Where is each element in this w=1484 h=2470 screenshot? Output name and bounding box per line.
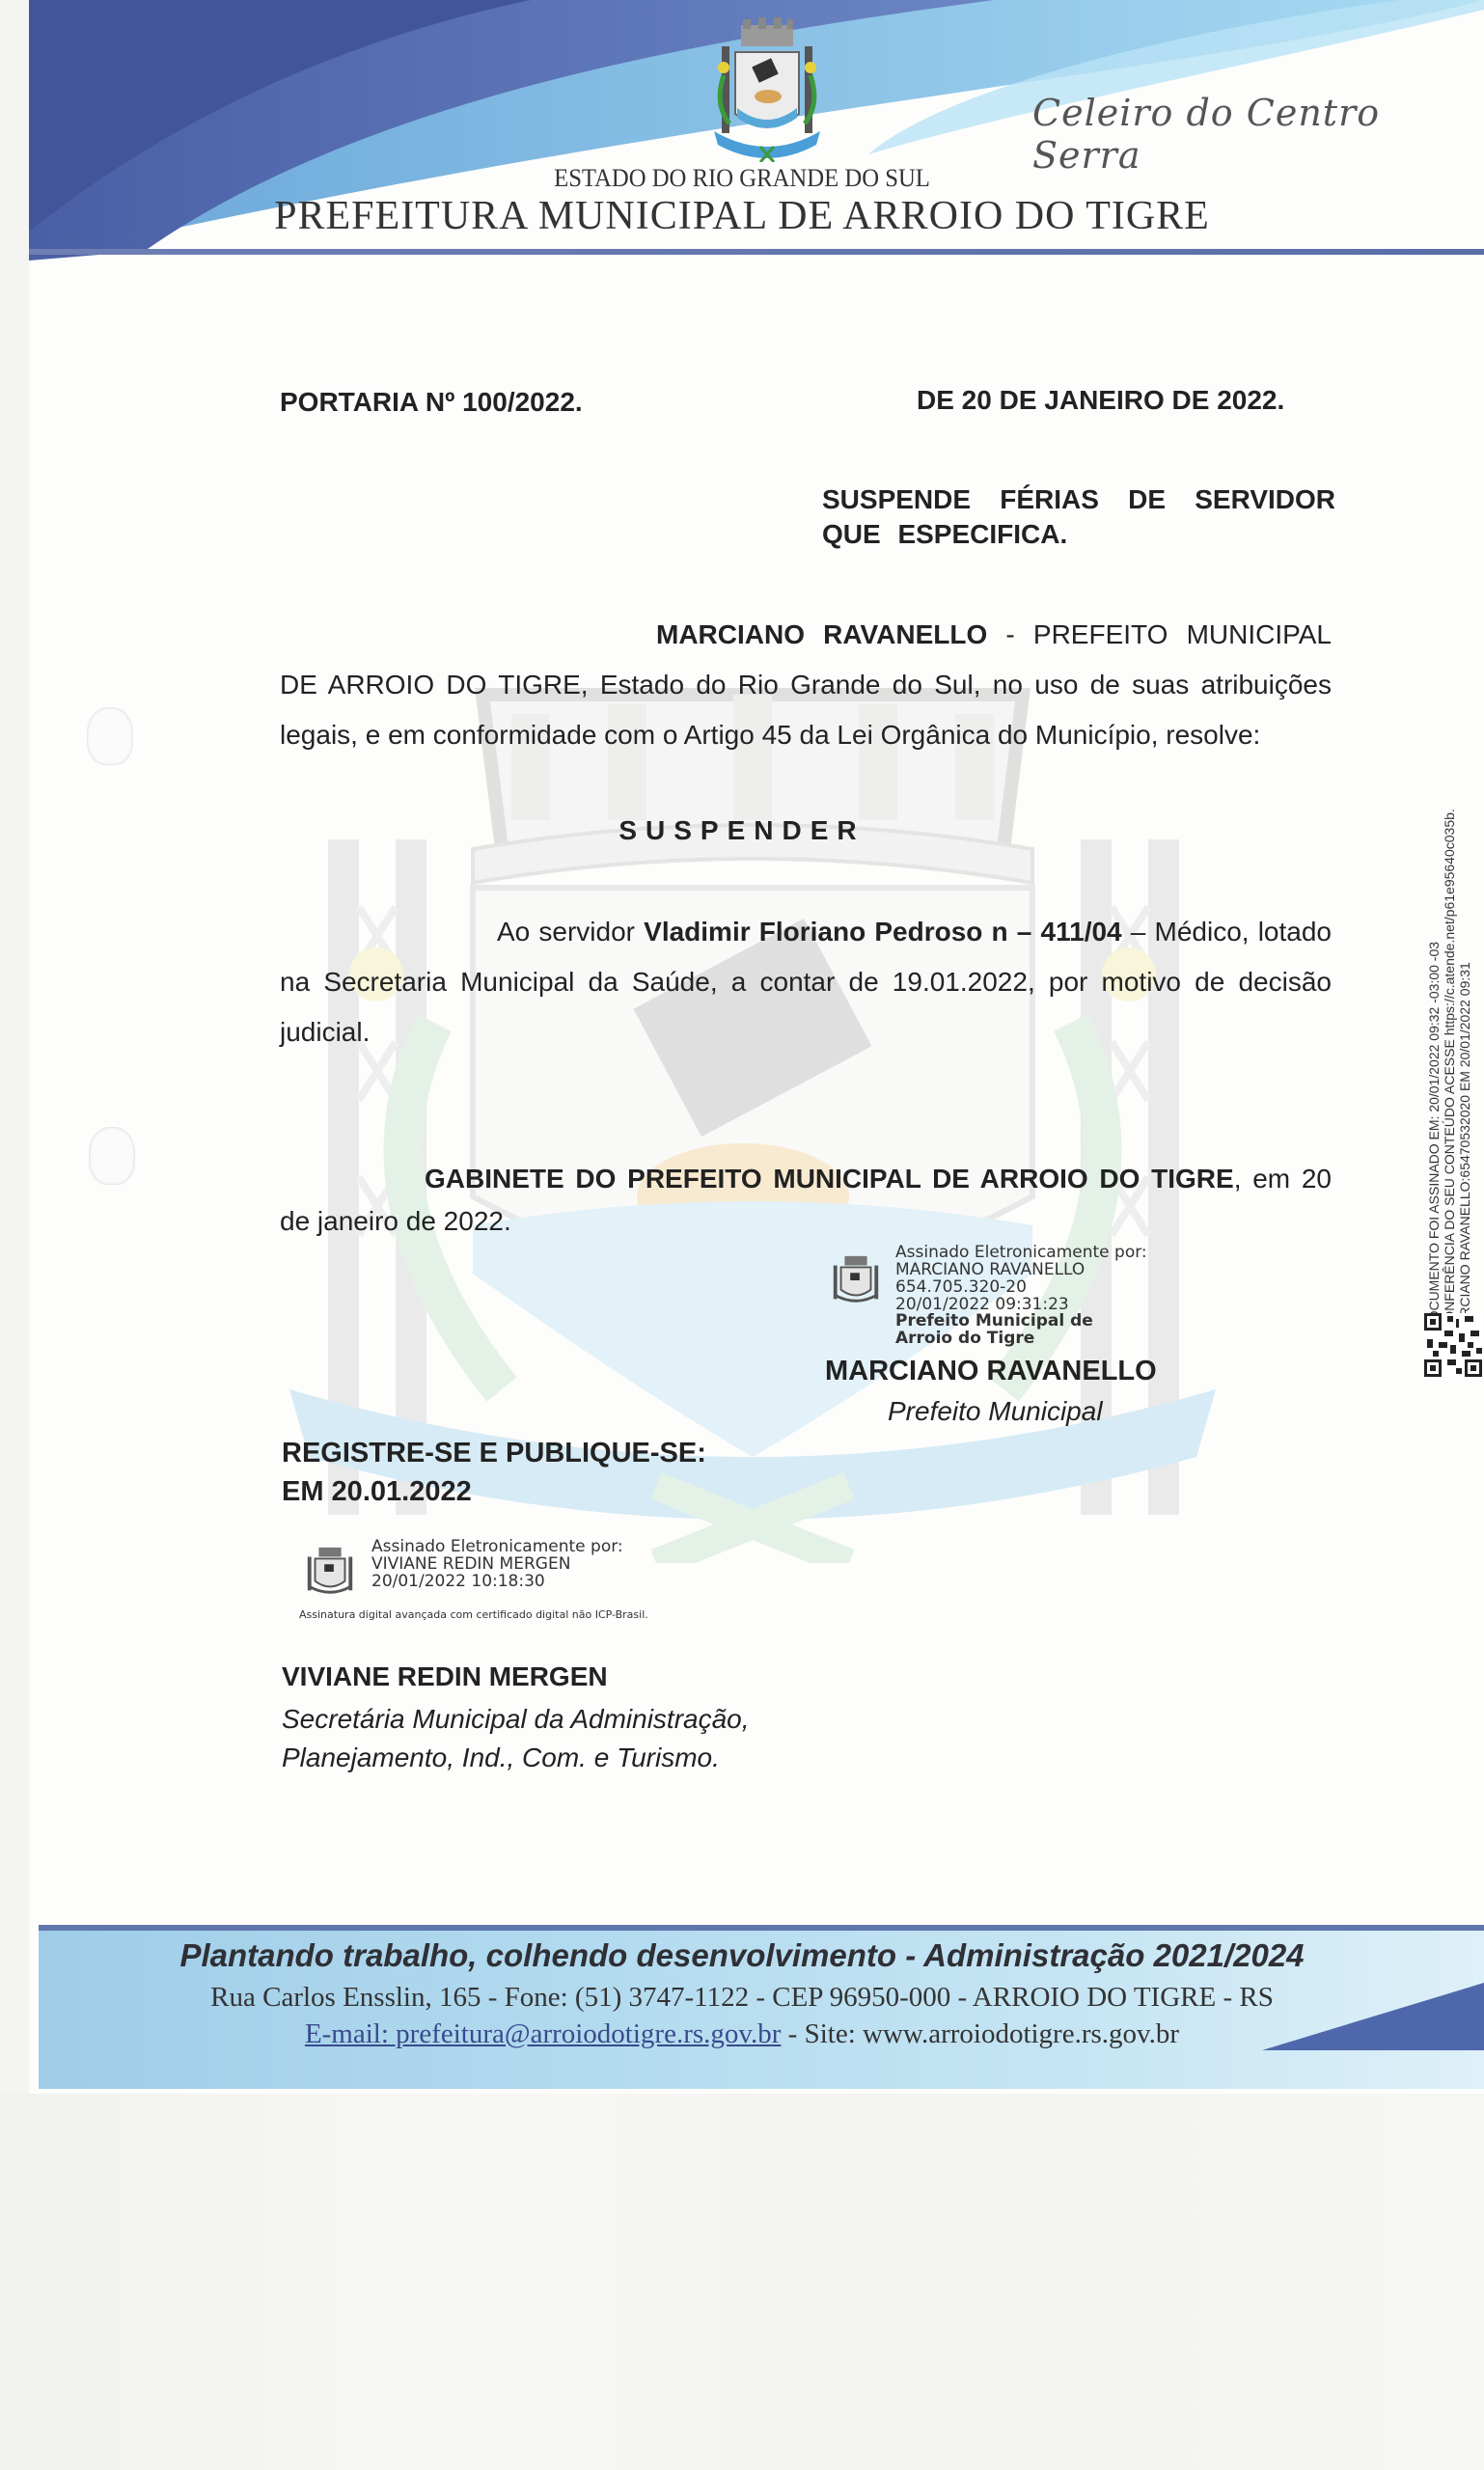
secretary-signatory-name: VIVIANE REDIN MERGEN [282, 1661, 608, 1692]
scan-background [0, 2094, 1484, 2470]
verification-stamp: ESTE DOCUMENTO FOI ASSINADO EM: 20/01/20… [1426, 809, 1472, 1370]
ordinance-date: DE 20 DE JANEIRO DE 2022. [917, 384, 1284, 417]
footer-divider [39, 1925, 1484, 1931]
signature-seal-icon [828, 1252, 884, 1308]
ordinance-summary: SUSPENDE FÉRIAS DE SERVIDOR QUE ESPECIFI… [822, 482, 1335, 552]
header-divider [29, 249, 1484, 255]
ordinance-number: PORTARIA Nº 100/2022. [280, 386, 583, 419]
signature-certificate-note: Assinatura digital avançada com certific… [299, 1608, 704, 1622]
site-text: - Site: www.arroiodotigre.rs.gov.br [781, 2018, 1179, 2049]
municipality-contact: E-mail: prefeitura@arroiodotigre.rs.gov.… [0, 2018, 1484, 2050]
administration-slogan: Plantando trabalho, colhendo desenvolvim… [0, 1937, 1484, 1974]
state-name: ESTADO DO RIO GRANDE DO SUL [37, 164, 1446, 193]
secretary-electronic-signature: Assinado Eletronicamente por: VIVIANE RE… [371, 1539, 623, 1591]
mayor-signatory-name: MARCIANO RAVANELLO [825, 1356, 1157, 1387]
employee-name: Vladimir Floriano Pedroso n – 411/04 [644, 917, 1121, 947]
punch-hole [87, 707, 133, 765]
municipality-address: Rua Carlos Ensslin, 165 - Fone: (51) 374… [0, 1982, 1484, 2014]
coat-of-arms-icon [695, 17, 839, 162]
mayor-signatory-title: Prefeito Municipal [888, 1396, 1103, 1427]
registration-note: REGISTRE-SE E PUBLIQUE-SE: EM 20.01.2022 [282, 1434, 706, 1511]
resolution-paragraph: Ao servidor Vladimir Floriano Pedroso n … [280, 907, 1332, 1057]
secretary-signatory-title: Secretária Municipal da Administração, P… [282, 1700, 750, 1777]
signature-seal-icon [302, 1544, 358, 1600]
mayor-name-inline: MARCIANO RAVANELLO [656, 619, 987, 649]
qr-code-icon[interactable] [1424, 1312, 1482, 1378]
mayor-electronic-signature: Assinado Eletronicamente por: MARCIANO R… [895, 1245, 1147, 1348]
municipality-name: PREFEITURA MUNICIPAL DE ARROIO DO TIGRE [0, 193, 1484, 239]
coat-of-arms-watermark [289, 656, 1216, 1563]
email-link[interactable]: E-mail: prefeitura@arroiodotigre.rs.gov.… [305, 2018, 781, 2049]
closing-paragraph: GABINETE DO PREFEITO MUNICIPAL DE ARROIO… [280, 1158, 1332, 1243]
preamble-paragraph: MARCIANO RAVANELLO - PREFEITO MUNICIPAL … [280, 610, 1332, 760]
action-heading: SUSPENDER [0, 815, 1484, 846]
punch-hole [89, 1127, 135, 1185]
